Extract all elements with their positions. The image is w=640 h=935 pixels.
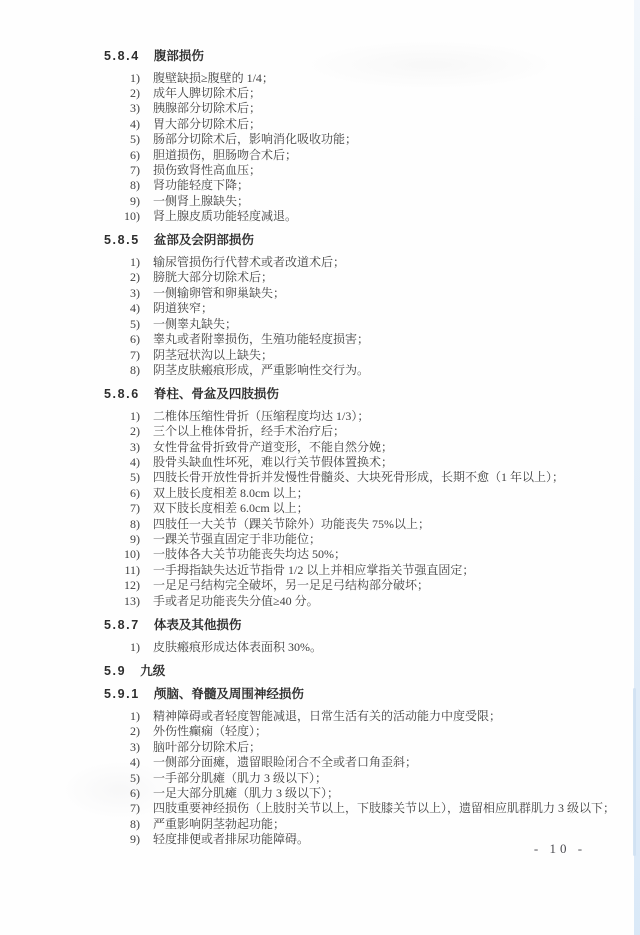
item-text: 阴茎冠状沟以上缺失； bbox=[153, 348, 620, 363]
scan-edge-artifact bbox=[633, 688, 636, 856]
list-item: 1)皮肤瘢痕形成达体表面积 30%。 bbox=[104, 640, 620, 655]
item-text: 胃大部分切除术后； bbox=[153, 117, 620, 132]
item-text: 三个以上椎体骨折，经手术治疗后； bbox=[153, 424, 620, 439]
section-title: 脊柱、骨盆及四肢损伤 bbox=[154, 387, 279, 401]
item-number: 5) bbox=[104, 771, 140, 786]
list-item: 7)损伤致肾性高血压； bbox=[104, 163, 620, 178]
item-text: 精神障碍或者轻度智能减退，日常生活有关的活动能力中度受限； bbox=[153, 709, 620, 724]
list-item: 9)一侧肾上腺缺失； bbox=[104, 194, 620, 209]
item-text: 一足大部分肌瘫（肌力 3 级以下）； bbox=[153, 786, 620, 801]
list-item: 5)一侧睾丸缺失； bbox=[104, 317, 620, 332]
section-number: 5.8.4 bbox=[104, 49, 140, 63]
section-title: 体表及其他损伤 bbox=[154, 618, 242, 632]
section-number: 5.8.7 bbox=[104, 618, 140, 632]
section-title: 腹部损伤 bbox=[154, 49, 204, 63]
item-number: 5) bbox=[104, 317, 140, 332]
list-item: 4)股骨头缺血性坏死，难以行关节假体置换术； bbox=[104, 455, 620, 470]
item-text: 肾功能轻度下降； bbox=[153, 178, 620, 193]
section-number: 5.8.6 bbox=[104, 387, 140, 401]
list-item: 1)输尿管损伤行代替术或者改道术后； bbox=[104, 255, 620, 270]
item-number: 4) bbox=[104, 455, 140, 470]
section-title: 颅脑、脊髓及周围神经损伤 bbox=[154, 687, 304, 701]
item-text: 胰腺部分切除术后； bbox=[153, 101, 620, 116]
item-text: 四肢任一大关节（踝关节除外）功能丧失 75%以上； bbox=[153, 517, 620, 532]
list-item: 6)一足大部分肌瘫（肌力 3 级以下）； bbox=[104, 786, 620, 801]
item-text: 一手部分肌瘫（肌力 3 级以下）； bbox=[153, 771, 620, 786]
item-text: 严重影响阴茎勃起功能； bbox=[153, 817, 620, 832]
list-item: 3)女性骨盆骨折致骨产道变形，不能自然分娩； bbox=[104, 440, 620, 455]
list-item: 7)阴茎冠状沟以上缺失； bbox=[104, 348, 620, 363]
item-number: 5) bbox=[104, 132, 140, 147]
section-heading: 5.8.6脊柱、骨盆及四肢损伤 bbox=[104, 386, 620, 402]
item-number: 7) bbox=[104, 163, 140, 178]
item-number: 8) bbox=[104, 517, 140, 532]
item-number: 1) bbox=[104, 255, 140, 270]
item-text: 双下肢长度相差 6.0cm 以上； bbox=[153, 501, 620, 516]
item-number: 7) bbox=[104, 501, 140, 516]
item-number: 9) bbox=[104, 832, 140, 847]
list-item: 1)精神障碍或者轻度智能减退，日常生活有关的活动能力中度受限； bbox=[104, 709, 620, 724]
list-item: 13)手或者足功能丧失分值≥40 分。 bbox=[104, 594, 620, 609]
list-item: 3)胰腺部分切除术后； bbox=[104, 101, 620, 116]
item-text: 肠部分切除术后，影响消化吸收功能； bbox=[153, 132, 620, 147]
item-number: 3) bbox=[104, 286, 140, 301]
item-text: 一侧肾上腺缺失； bbox=[153, 194, 620, 209]
section-heading: 5.9九级 bbox=[104, 663, 620, 679]
list-item: 1)二椎体压缩性骨折（压缩程度均达 1/3）； bbox=[104, 409, 620, 424]
list-item: 1)腹壁缺损≥腹壁的 1/4； bbox=[104, 71, 620, 86]
list-item: 9)一踝关节强直固定于非功能位； bbox=[104, 532, 620, 547]
item-number: 2) bbox=[104, 270, 140, 285]
document-content: 5.8.4腹部损伤1)腹壁缺损≥腹壁的 1/4；2)成年人脾切除术后；3)胰腺部… bbox=[104, 40, 620, 848]
list-item: 10)肾上腺皮质功能轻度减退。 bbox=[104, 209, 620, 224]
list-item: 2)外伤性癫痫（轻度）； bbox=[104, 724, 620, 739]
item-text: 胆道损伤，胆肠吻合术后； bbox=[153, 148, 620, 163]
list-item: 3)一侧输卵管和卵巢缺失； bbox=[104, 286, 620, 301]
section-number: 5.8.5 bbox=[104, 233, 140, 247]
section-title: 九级 bbox=[140, 664, 165, 678]
item-text: 双上肢长度相差 8.0cm 以上； bbox=[153, 486, 620, 501]
list-item: 2)膀胱大部分切除术后； bbox=[104, 270, 620, 285]
item-number: 8) bbox=[104, 363, 140, 378]
list-item: 8)肾功能轻度下降； bbox=[104, 178, 620, 193]
list-item: 3)脑叶部分切除术后； bbox=[104, 740, 620, 755]
list-item: 2)三个以上椎体骨折，经手术治疗后； bbox=[104, 424, 620, 439]
list-item: 2)成年人脾切除术后； bbox=[104, 86, 620, 101]
section-heading: 5.9.1颅脑、脊髓及周围神经损伤 bbox=[104, 686, 620, 702]
list-item: 6)胆道损伤，胆肠吻合术后； bbox=[104, 148, 620, 163]
item-number: 6) bbox=[104, 486, 140, 501]
item-text: 肾上腺皮质功能轻度减退。 bbox=[153, 209, 620, 224]
item-number: 1) bbox=[104, 409, 140, 424]
list-item: 6)睾丸或者附睾损伤，生殖功能轻度损害； bbox=[104, 332, 620, 347]
item-number: 8) bbox=[104, 817, 140, 832]
document-page: 5.8.4腹部损伤1)腹壁缺损≥腹壁的 1/4；2)成年人脾切除术后；3)胰腺部… bbox=[0, 0, 640, 935]
item-number: 2) bbox=[104, 724, 140, 739]
item-number: 4) bbox=[104, 117, 140, 132]
item-text: 一侧部分面瘫，遗留眼睑闭合不全或者口角歪斜； bbox=[153, 755, 620, 770]
item-number: 10) bbox=[104, 209, 140, 224]
item-text: 外伤性癫痫（轻度）； bbox=[153, 724, 620, 739]
item-number: 1) bbox=[104, 709, 140, 724]
list-item: 7)双下肢长度相差 6.0cm 以上； bbox=[104, 501, 620, 516]
item-text: 睾丸或者附睾损伤，生殖功能轻度损害； bbox=[153, 332, 620, 347]
item-text: 输尿管损伤行代替术或者改道术后； bbox=[153, 255, 620, 270]
item-number: 3) bbox=[104, 740, 140, 755]
item-number: 3) bbox=[104, 101, 140, 116]
item-number: 12) bbox=[104, 578, 140, 593]
item-number: 4) bbox=[104, 301, 140, 316]
item-number: 7) bbox=[104, 801, 140, 816]
list-item: 8)四肢任一大关节（踝关节除外）功能丧失 75%以上； bbox=[104, 517, 620, 532]
page-number: - 10 - bbox=[520, 841, 600, 857]
section-number: 5.9.1 bbox=[104, 687, 140, 701]
item-text: 阴道狭窄； bbox=[153, 301, 620, 316]
item-number: 11) bbox=[104, 563, 140, 578]
list-item: 8)严重影响阴茎勃起功能； bbox=[104, 817, 620, 832]
item-text: 二椎体压缩性骨折（压缩程度均达 1/3）； bbox=[153, 409, 620, 424]
item-text: 一手拇指缺失达近节指骨 1/2 以上并相应掌指关节强直固定； bbox=[153, 563, 620, 578]
item-text: 一侧输卵管和卵巢缺失； bbox=[153, 286, 620, 301]
item-text: 一足足弓结构完全破坏，另一足足弓结构部分破坏； bbox=[153, 578, 620, 593]
item-text: 损伤致肾性高血压； bbox=[153, 163, 620, 178]
item-number: 2) bbox=[104, 86, 140, 101]
list-item: 6)双上肢长度相差 8.0cm 以上； bbox=[104, 486, 620, 501]
item-text: 皮肤瘢痕形成达体表面积 30%。 bbox=[153, 640, 620, 655]
item-number: 3) bbox=[104, 440, 140, 455]
list-item: 5)一手部分肌瘫（肌力 3 级以下）； bbox=[104, 771, 620, 786]
section-heading: 5.8.5盆部及会阴部损伤 bbox=[104, 232, 620, 248]
item-number: 10) bbox=[104, 547, 140, 562]
item-text: 阴茎皮肤瘢痕形成，严重影响性交行为。 bbox=[153, 363, 620, 378]
section-number: 5.9 bbox=[104, 664, 126, 678]
item-text: 股骨头缺血性坏死，难以行关节假体置换术； bbox=[153, 455, 620, 470]
item-number: 4) bbox=[104, 755, 140, 770]
list-item: 5)四肢长骨开放性骨折并发慢性骨髓炎、大块死骨形成，长期不愈（1 年以上）； bbox=[104, 470, 620, 485]
section-heading: 5.8.4腹部损伤 bbox=[104, 48, 620, 64]
section-heading: 5.8.7体表及其他损伤 bbox=[104, 617, 620, 633]
item-number: 13) bbox=[104, 594, 140, 609]
item-text: 手或者足功能丧失分值≥40 分。 bbox=[153, 594, 620, 609]
list-item: 4)阴道狭窄； bbox=[104, 301, 620, 316]
item-text: 四肢重要神经损伤（上肢肘关节以上，下肢膝关节以上），遗留相应肌群肌力 3 级以下… bbox=[153, 801, 620, 816]
item-number: 2) bbox=[104, 424, 140, 439]
item-number: 6) bbox=[104, 332, 140, 347]
scan-edge-artifact bbox=[634, 0, 640, 935]
item-number: 1) bbox=[104, 640, 140, 655]
item-text: 四肢长骨开放性骨折并发慢性骨髓炎、大块死骨形成，长期不愈（1 年以上）； bbox=[153, 470, 620, 485]
list-item: 7)四肢重要神经损伤（上肢肘关节以上，下肢膝关节以上），遗留相应肌群肌力 3 级… bbox=[104, 801, 620, 816]
item-number: 6) bbox=[104, 148, 140, 163]
section-title: 盆部及会阴部损伤 bbox=[154, 233, 254, 247]
item-text: 一踝关节强直固定于非功能位； bbox=[153, 532, 620, 547]
list-item: 11)一手拇指缺失达近节指骨 1/2 以上并相应掌指关节强直固定； bbox=[104, 563, 620, 578]
list-item: 10)一肢体各大关节功能丧失均达 50%； bbox=[104, 547, 620, 562]
item-number: 9) bbox=[104, 194, 140, 209]
item-text: 一肢体各大关节功能丧失均达 50%； bbox=[153, 547, 620, 562]
list-item: 5)肠部分切除术后，影响消化吸收功能； bbox=[104, 132, 620, 147]
item-number: 6) bbox=[104, 786, 140, 801]
list-item: 4)胃大部分切除术后； bbox=[104, 117, 620, 132]
item-text: 膀胱大部分切除术后； bbox=[153, 270, 620, 285]
item-number: 7) bbox=[104, 348, 140, 363]
item-number: 8) bbox=[104, 178, 140, 193]
list-item: 4)一侧部分面瘫，遗留眼睑闭合不全或者口角歪斜； bbox=[104, 755, 620, 770]
item-text: 一侧睾丸缺失； bbox=[153, 317, 620, 332]
item-text: 脑叶部分切除术后； bbox=[153, 740, 620, 755]
item-number: 9) bbox=[104, 532, 140, 547]
item-text: 腹壁缺损≥腹壁的 1/4； bbox=[153, 71, 620, 86]
item-number: 1) bbox=[104, 71, 140, 86]
item-number: 5) bbox=[104, 470, 140, 485]
item-text: 女性骨盆骨折致骨产道变形，不能自然分娩； bbox=[153, 440, 620, 455]
list-item: 8)阴茎皮肤瘢痕形成，严重影响性交行为。 bbox=[104, 363, 620, 378]
list-item: 12)一足足弓结构完全破坏，另一足足弓结构部分破坏； bbox=[104, 578, 620, 593]
item-text: 成年人脾切除术后； bbox=[153, 86, 620, 101]
